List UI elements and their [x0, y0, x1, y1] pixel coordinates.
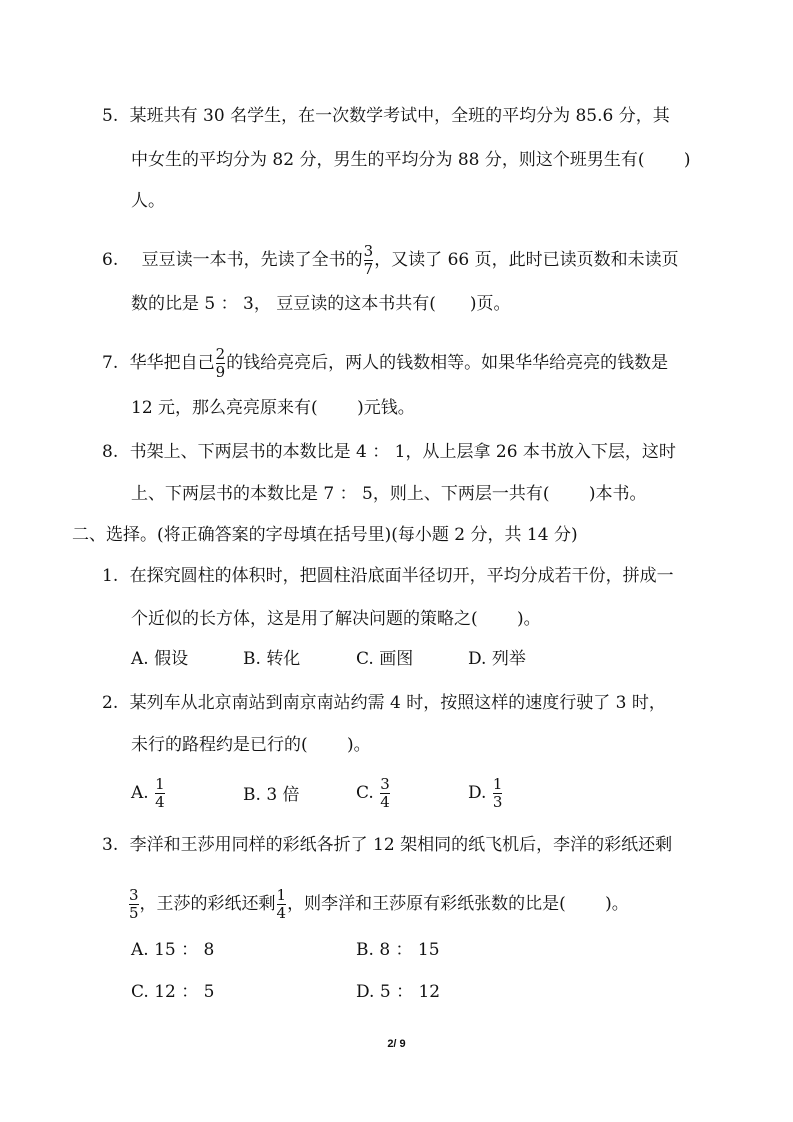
- question-number: 7.: [102, 353, 118, 373]
- choice-question-2-line-2: 未行的路程约是已行的( )。: [131, 735, 371, 755]
- option-c: C. 12 ： 5: [131, 982, 214, 1002]
- choice-question-1-line-2: 个近似的长方体，这是用了解决问题的策略之( )。: [131, 609, 541, 629]
- choice-question-1-line-1: 1. 在探究圆柱的体积时，把圆柱沿底面半径切开，平均分成若干份，拼成一: [102, 566, 674, 586]
- question-text: 某班共有 30 名学生，在一次数学考试中，全班的平均分为 85.6 分，其: [130, 106, 670, 126]
- option-d: D. 13: [468, 776, 503, 811]
- question-text: 12 元，那么亮亮原来有( )元钱。: [131, 398, 415, 418]
- question-number: 2.: [102, 693, 118, 713]
- fraction: 14: [155, 776, 165, 811]
- option-d: D. 列举: [468, 649, 526, 669]
- question-number: 5.: [102, 106, 118, 126]
- question-8-line-2: 上、下两层书的本数比是 7 ： 5，则上、下两层一共有( )本书。: [131, 484, 647, 504]
- question-text: 华华把自己: [130, 353, 215, 373]
- question-6-line-2: 数的比是 5 ： 3， 豆豆读的这本书共有( )页。: [131, 294, 511, 314]
- question-text: 在探究圆柱的体积时，把圆柱沿底面半径切开，平均分成若干份，拼成一: [130, 566, 674, 586]
- option-b: B. 3 倍: [243, 785, 300, 805]
- question-5-line-3: 人。: [131, 191, 165, 211]
- question-text: 的钱给亮亮后，两人的钱数相等。如果华华给亮亮的钱数是: [226, 353, 668, 373]
- choice-question-3-line-1: 3. 李洋和王莎用同样的彩纸各折了 12 架相同的纸飞机后，李洋的彩纸还剩: [102, 835, 672, 855]
- choice-question-2-line-1: 2. 某列车从北京南站到南京南站约需 4 时，按照这样的速度行驶了 3 时，: [102, 693, 666, 713]
- question-number: 8.: [102, 442, 118, 462]
- question-text: 人。: [131, 191, 165, 211]
- question-text: 书架上、下两层书的本数比是 4 ： 1，从上层拿 26 本书放入下层，这时: [130, 442, 676, 462]
- question-text: 个近似的长方体，这是用了解决问题的策略之( )。: [131, 609, 541, 629]
- question-number: 3.: [102, 835, 118, 855]
- option-b: B. 8 ： 15: [356, 940, 440, 960]
- option-c: C. 画图: [356, 649, 413, 669]
- page-number: 2/ 9: [0, 1038, 793, 1050]
- fraction: 29: [216, 346, 226, 381]
- question-text: 中女生的平均分为 82 分，男生的平均分为 88 分，则这个班男生有( ): [131, 150, 691, 170]
- fraction: 35: [129, 887, 139, 922]
- question-6-line-1: 6. 豆豆读一本书，先读了全书的37，又读了 66 页，此时已读页数和未读页: [102, 243, 679, 278]
- fraction: 37: [364, 243, 374, 278]
- question-text: 李洋和王莎用同样的彩纸各折了 12 架相同的纸飞机后，李洋的彩纸还剩: [130, 835, 672, 855]
- question-5-line-1: 5. 某班共有 30 名学生，在一次数学考试中，全班的平均分为 85.6 分，其: [102, 106, 670, 126]
- option-d: D. 5 ： 12: [356, 982, 440, 1002]
- option-a: A. 15 ： 8: [131, 940, 214, 960]
- option-a: A. 假设: [131, 649, 188, 669]
- question-5-line-2: 中女生的平均分为 82 分，男生的平均分为 88 分，则这个班男生有( ): [131, 150, 691, 170]
- question-text: ，王莎的彩纸还剩: [140, 894, 276, 914]
- question-7-line-1: 7. 华华把自己29的钱给亮亮后，两人的钱数相等。如果华华给亮亮的钱数是: [102, 346, 668, 381]
- choice-question-3-line-2: 35，王莎的彩纸还剩14，则李洋和王莎原有彩纸张数的比是( )。: [128, 887, 629, 922]
- question-text: ，则李洋和王莎原有彩纸张数的比是( )。: [287, 894, 629, 914]
- question-8-line-1: 8. 书架上、下两层书的本数比是 4 ： 1，从上层拿 26 本书放入下层，这时: [102, 442, 676, 462]
- question-text: 上、下两层书的本数比是 7 ： 5，则上、下两层一共有( )本书。: [131, 484, 647, 504]
- fraction: 14: [277, 887, 287, 922]
- question-text: 某列车从北京南站到南京南站约需 4 时，按照这样的速度行驶了 3 时，: [130, 693, 666, 713]
- section-heading: 二、选择。(将正确答案的字母填在括号里)(每小题 2 分，共 14 分): [72, 525, 578, 545]
- question-number: 6.: [102, 250, 118, 270]
- option-c: C. 34: [356, 776, 391, 811]
- option-b: B. 转化: [243, 649, 300, 669]
- question-text: 数的比是 5 ： 3， 豆豆读的这本书共有( )页。: [131, 294, 511, 314]
- fraction: 13: [493, 776, 503, 811]
- question-text: 未行的路程约是已行的( )。: [131, 735, 371, 755]
- question-text: 豆豆读一本书，先读了全书的: [142, 250, 363, 270]
- question-text: ，又读了 66 页，此时已读页数和未读页: [374, 250, 678, 270]
- fraction: 34: [380, 776, 390, 811]
- question-number: 1.: [102, 566, 118, 586]
- option-a: A. 14: [131, 776, 166, 811]
- question-7-line-2: 12 元，那么亮亮原来有( )元钱。: [131, 398, 415, 418]
